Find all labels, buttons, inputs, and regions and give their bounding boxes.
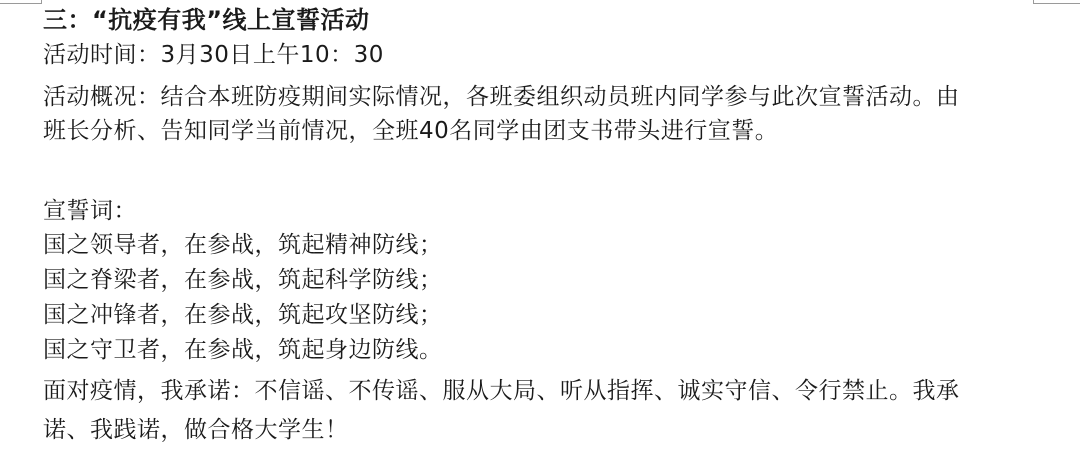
oath-label: 宣誓词： [43,196,137,226]
page-crop-mark-right [1033,0,1080,4]
section-title: 三：“抗疫有我”线上宣誓活动 [43,5,370,35]
pledge-line-1: 面对疫情，我承诺：不信谣、不传谣、服从大局、听从指挥、诚实守信、令行禁止。我承 [43,376,960,406]
page-crop-mark-left [0,0,42,4]
oath-line-3: 国之冲锋者，在参战，筑起攻坚防线； [43,300,443,330]
oath-line-2: 国之脊梁者，在参战，筑起科学防线； [43,265,443,295]
oath-line-1: 国之领导者，在参战，筑起精神防线； [43,230,443,260]
pledge-line-2: 诺、我践诺，做合格大学生！ [43,415,349,445]
overview-line-1: 活动概况：结合本班防疫期间实际情况，各班委组织动员班内同学参与此次宣誓活动。由 [43,82,960,112]
activity-time: 活动时间：3月30日上午10：30 [43,40,384,70]
overview-line-2: 班长分析、告知同学当前情况，全班40名同学由团支书带头进行宣誓。 [43,116,778,146]
oath-line-4: 国之守卫者，在参战，筑起身边防线。 [43,335,443,365]
